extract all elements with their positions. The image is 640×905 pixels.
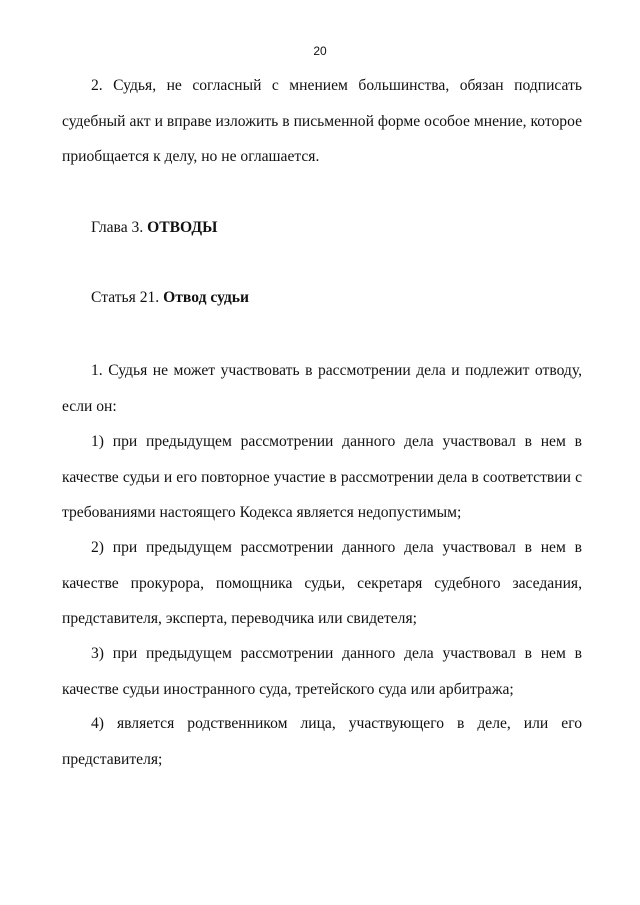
chapter-heading: Глава 3. ОТВОДЫ (91, 219, 217, 237)
list-item-text: 2) при предыдущем рассмотрении данного д… (62, 539, 582, 627)
paragraph-text: 2. Судья, не согласный с мнением большин… (62, 77, 582, 165)
list-item-3: 3) при предыдущем рассмотрении данного д… (62, 636, 582, 707)
article-heading: Статья 21. Отвод судьи (91, 289, 249, 307)
list-item-2: 2) при предыдущем рассмотрении данного д… (62, 530, 582, 637)
article-intro: 1. Судья не может участвовать в рассмотр… (62, 353, 582, 424)
article-prefix: Статья 21. (91, 289, 159, 306)
list-item-1: 1) при предыдущем рассмотрении данного д… (62, 424, 582, 531)
chapter-title: ОТВОДЫ (147, 219, 217, 236)
paragraph-dissenting-opinion: 2. Судья, не согласный с мнением большин… (62, 68, 582, 175)
list-item-text: 3) при предыдущем рассмотрении данного д… (62, 645, 582, 698)
list-item-4: 4) является родственником лица, участвую… (62, 706, 582, 777)
chapter-prefix: Глава 3. (91, 219, 143, 236)
page-number: 20 (0, 44, 640, 58)
list-item-text: 1) при предыдущем рассмотрении данного д… (62, 433, 582, 521)
list-item-text: 4) является родственником лица, участвую… (62, 715, 582, 768)
article-title: Отвод судьи (163, 289, 249, 306)
paragraph-text: 1. Судья не может участвовать в рассмотр… (62, 362, 582, 415)
